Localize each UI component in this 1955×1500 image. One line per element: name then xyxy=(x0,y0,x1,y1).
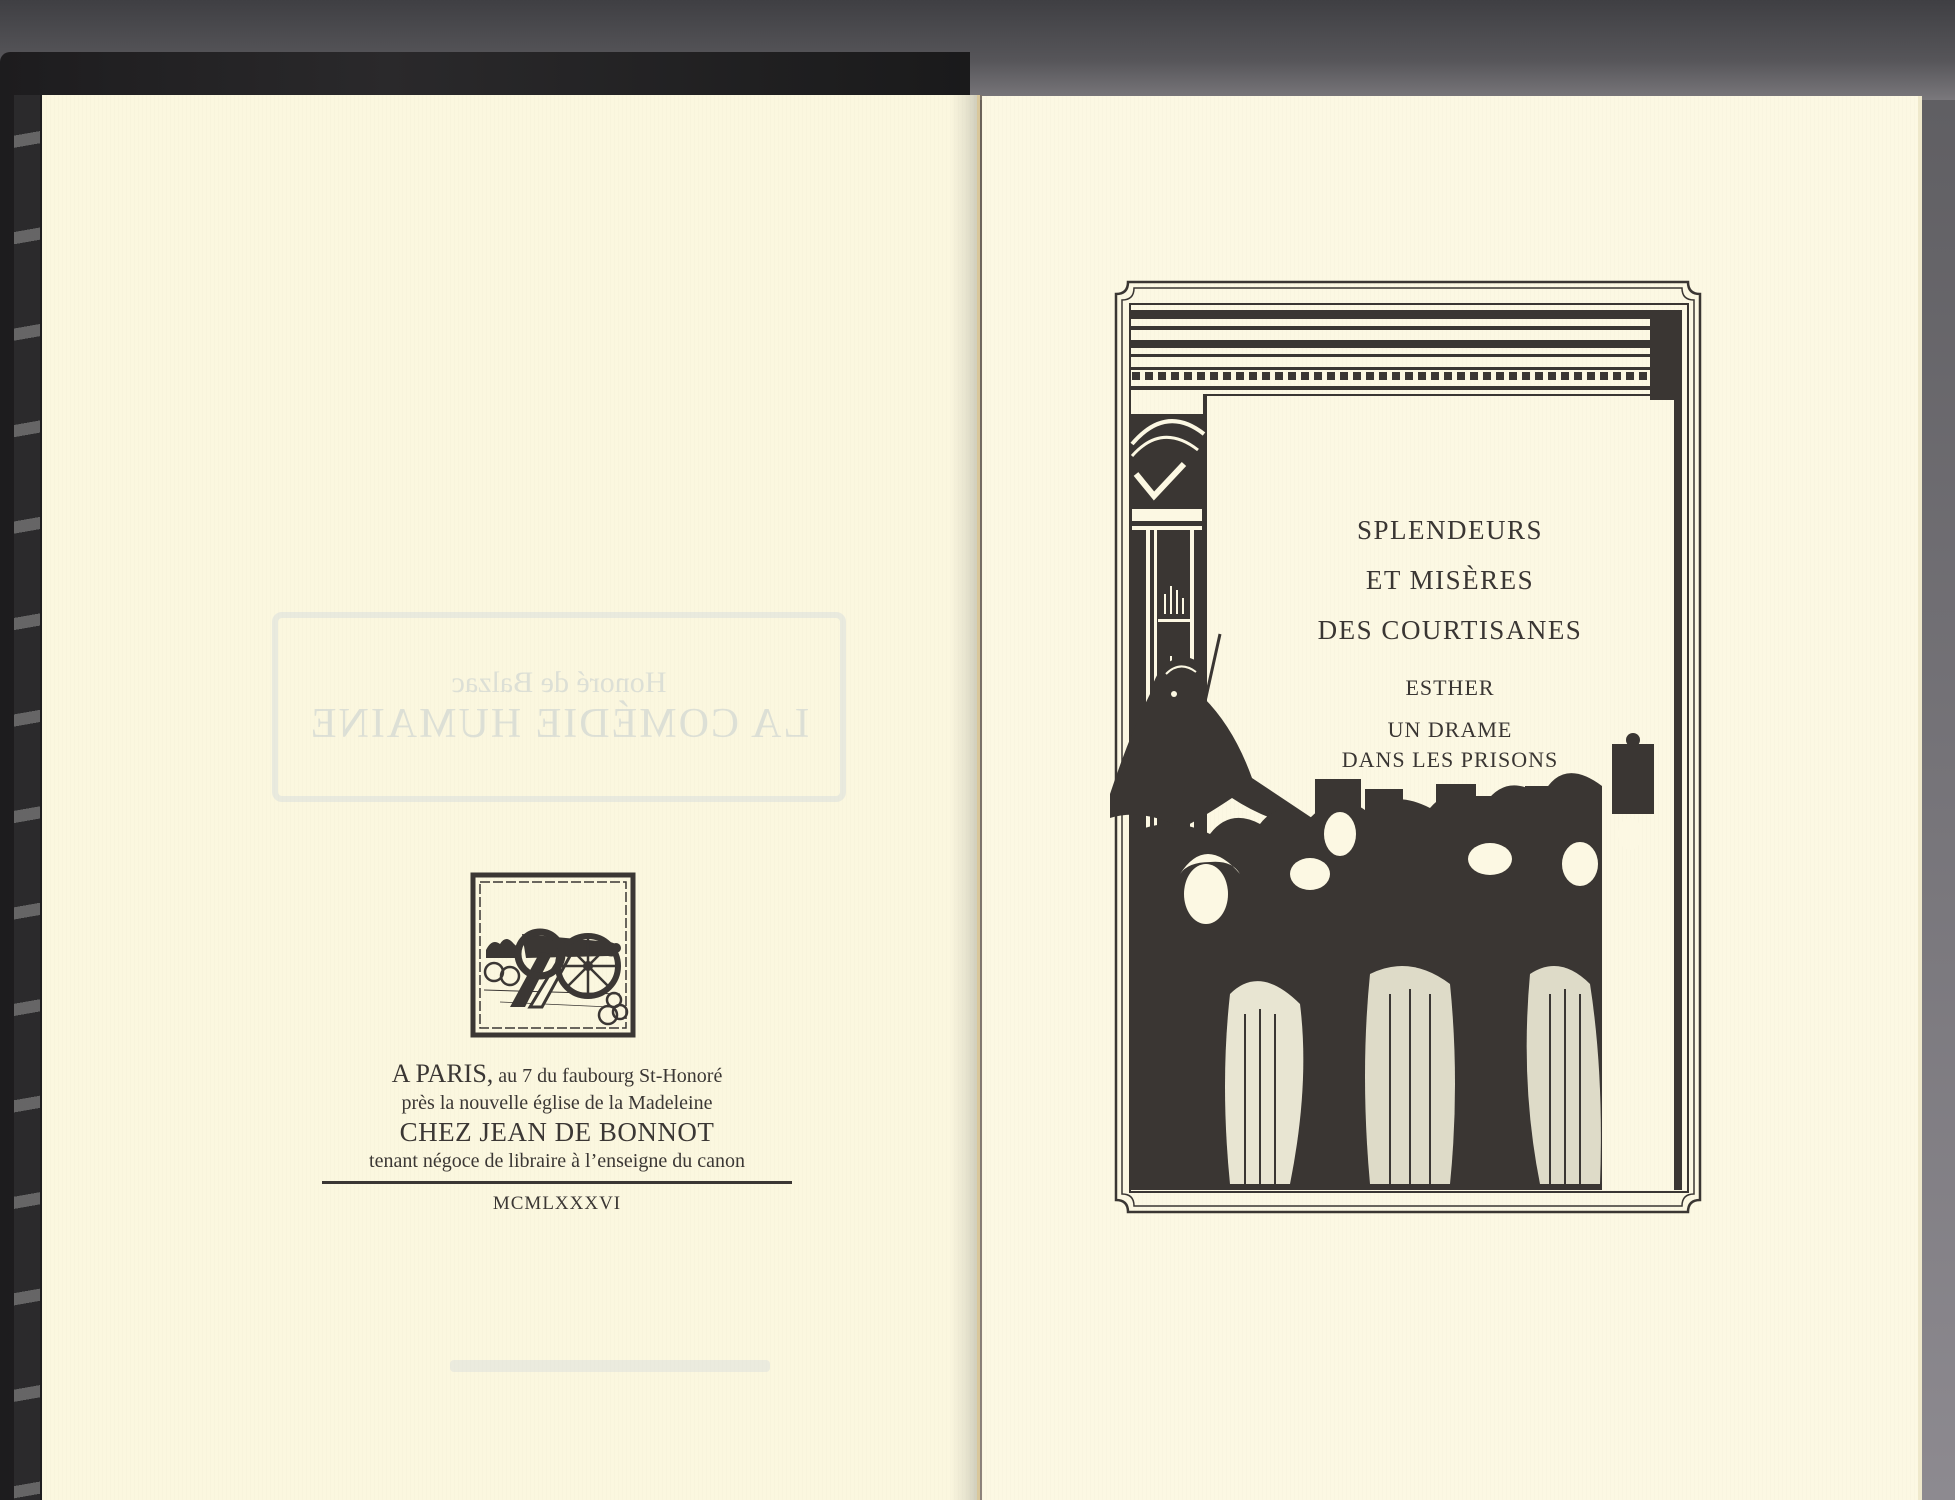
part-one-title: ESTHER xyxy=(1250,673,1650,703)
imprint-address: au 7 du faubourg St-Honoré xyxy=(493,1065,722,1087)
endpaper-pattern xyxy=(14,95,40,1500)
part-two-line-1: UN DRAME xyxy=(1250,715,1650,745)
bleed-through-series: LA COMÉDIE HUMAINE xyxy=(309,700,809,748)
bleed-through-stamp: Honoré de Balzac LA COMÉDIE HUMAINE xyxy=(272,612,846,802)
imprint-trade: tenant négoce de libraire à l’enseigne d… xyxy=(322,1148,792,1174)
page-edge xyxy=(1918,96,1922,1500)
title-line-1: SPLENDEURS xyxy=(1250,505,1650,555)
imprint-publisher: CHEZ JEAN DE BONNOT xyxy=(322,1116,792,1148)
imprint-year: MCMLXXXVI xyxy=(322,1193,792,1215)
bleed-through-footer xyxy=(450,1360,770,1372)
publisher-imprint: A PARIS, au 7 du faubourg St-Honoré près… xyxy=(322,1060,792,1215)
cannon-icon xyxy=(470,872,636,1038)
part-two-line-2: DANS LES PRISONS xyxy=(1250,745,1650,775)
title-line-3: DES COURTISANES xyxy=(1250,605,1650,655)
book-title: SPLENDEURS ET MISÈRES DES COURTISANES ES… xyxy=(1250,505,1650,775)
imprint-address-line: A PARIS, au 7 du faubourg St-Honoré xyxy=(322,1060,792,1090)
bleed-through-author: Honoré de Balzac xyxy=(452,666,667,701)
title-line-2: ET MISÈRES xyxy=(1250,555,1650,605)
imprint-city: A PARIS, xyxy=(392,1059,494,1088)
gutter-line xyxy=(977,95,980,1500)
imprint-rule xyxy=(322,1181,792,1184)
imprint-location: près la nouvelle église de la Madeleine xyxy=(322,1090,792,1116)
